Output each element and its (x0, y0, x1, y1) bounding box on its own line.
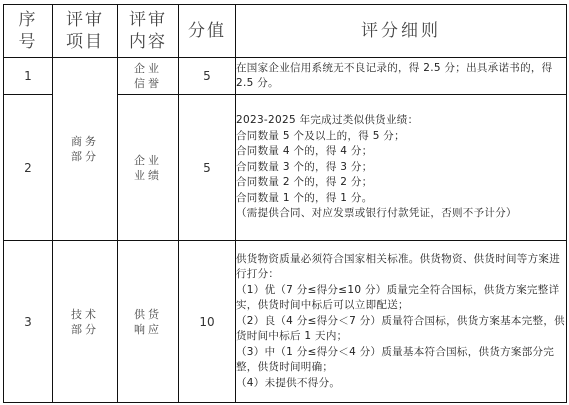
row-content: 企业 信誉 (118, 58, 179, 95)
row-detail: 供货物资质量必须符合国家相关标准。供货物资、供货时间等方案进行打分： （1）优（… (236, 241, 567, 403)
row-score: 10 (179, 241, 236, 403)
header-score: 分值 (179, 5, 236, 58)
header-review-item: 评审 项目 (53, 5, 118, 58)
header-scoring-detail: 评分细则 (236, 5, 567, 58)
header-seq: 序 号 (4, 5, 53, 58)
header-row: 序 号 评审 项目 评审 内容 分值 评分细则 (4, 5, 567, 58)
group-business: 商务 部分 (53, 58, 118, 241)
row-score: 5 (179, 95, 236, 241)
group-technical: 技术 部分 (53, 241, 118, 403)
row-seq: 2 (4, 95, 53, 241)
table-row: 3 技术 部分 供货 响应 10 供货物资质量必须符合国家相关标准。供货物资、供… (4, 241, 567, 403)
row-seq: 3 (4, 241, 53, 403)
row-content: 企业 业绩 (118, 95, 179, 241)
row-seq: 1 (4, 58, 53, 95)
row-detail: 在国家企业信用系统无不良记录的，得 2.5 分；出具承诺书的，得 2.5 分。 (236, 58, 567, 95)
row-detail: 2023-2025 年完成过类似供货业绩： 合同数量 5 个及以上的，得 5 分… (236, 95, 567, 241)
table-row: 1 商务 部分 企业 信誉 5 在国家企业信用系统无不良记录的，得 2.5 分；… (4, 58, 567, 95)
row-score: 5 (179, 58, 236, 95)
row-content: 供货 响应 (118, 241, 179, 403)
scoring-table: 序 号 评审 项目 评审 内容 分值 评分细则 1 商务 部分 企业 信誉 (3, 4, 567, 403)
header-review-content: 评审 内容 (118, 5, 179, 58)
